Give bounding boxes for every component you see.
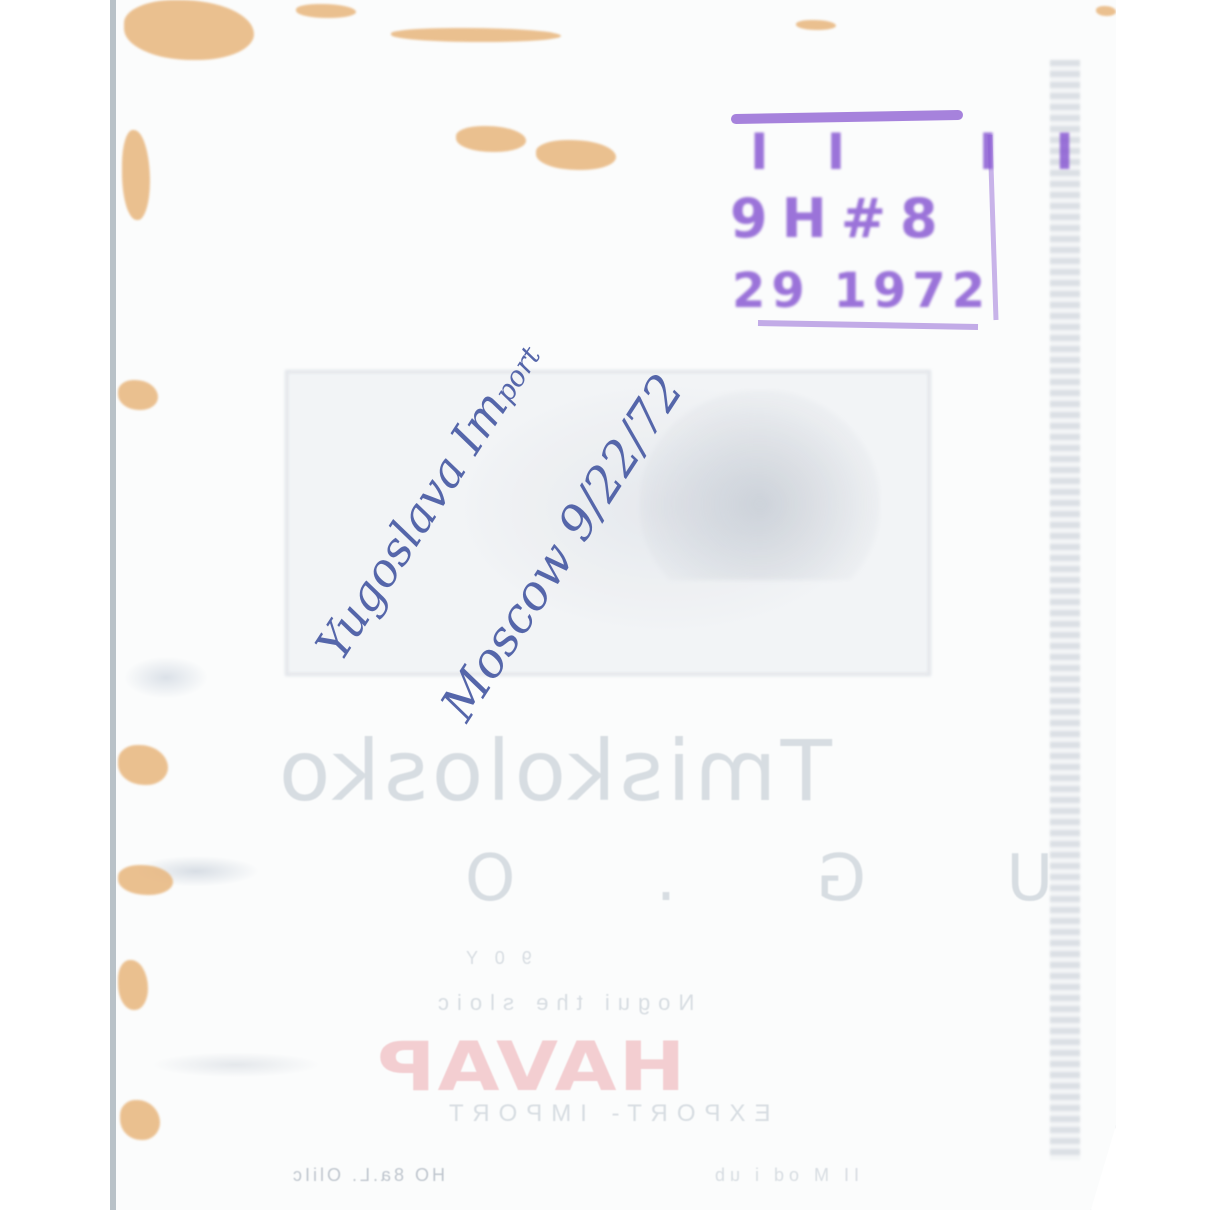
bleed-export-line: EXPORT- IMPORT <box>440 1100 770 1128</box>
bleed-footer-left: HO 8a.L. OliIc <box>290 1165 445 1186</box>
glue-patch <box>118 745 168 785</box>
glue-patch <box>124 0 254 60</box>
glue-patch <box>296 4 356 18</box>
glue-patch <box>118 865 173 895</box>
bleed-footer-right: II M od i ub <box>710 1165 859 1186</box>
ink-stamp: II II 9H#8 29 1972 <box>728 105 1000 330</box>
bleed-small-line-1: 9 0 Y <box>460 948 532 969</box>
glue-patch <box>122 130 150 220</box>
bleed-red-wordmark: HAVAP <box>375 1027 685 1106</box>
stamp-row-1: II II <box>750 123 1132 181</box>
glue-patch <box>796 20 836 30</box>
bleed-subtitle-text: U G . O <box>405 842 1053 916</box>
glue-patch <box>118 960 148 1010</box>
glue-patch <box>120 1100 160 1140</box>
glue-patch <box>1096 6 1116 16</box>
bleed-brand-text: Tmiskolosko <box>275 722 832 820</box>
glue-patch <box>456 126 526 152</box>
glue-patch <box>391 28 561 42</box>
stamp-row-2: 9H#8 <box>730 187 952 250</box>
bleed-border-right <box>1050 60 1080 1160</box>
glue-patch <box>536 140 616 170</box>
glue-patch <box>118 380 158 410</box>
stamp-row-3: 29 1972 <box>732 263 991 319</box>
bleed-small-line-2: Nogui the sloic <box>430 990 694 1016</box>
